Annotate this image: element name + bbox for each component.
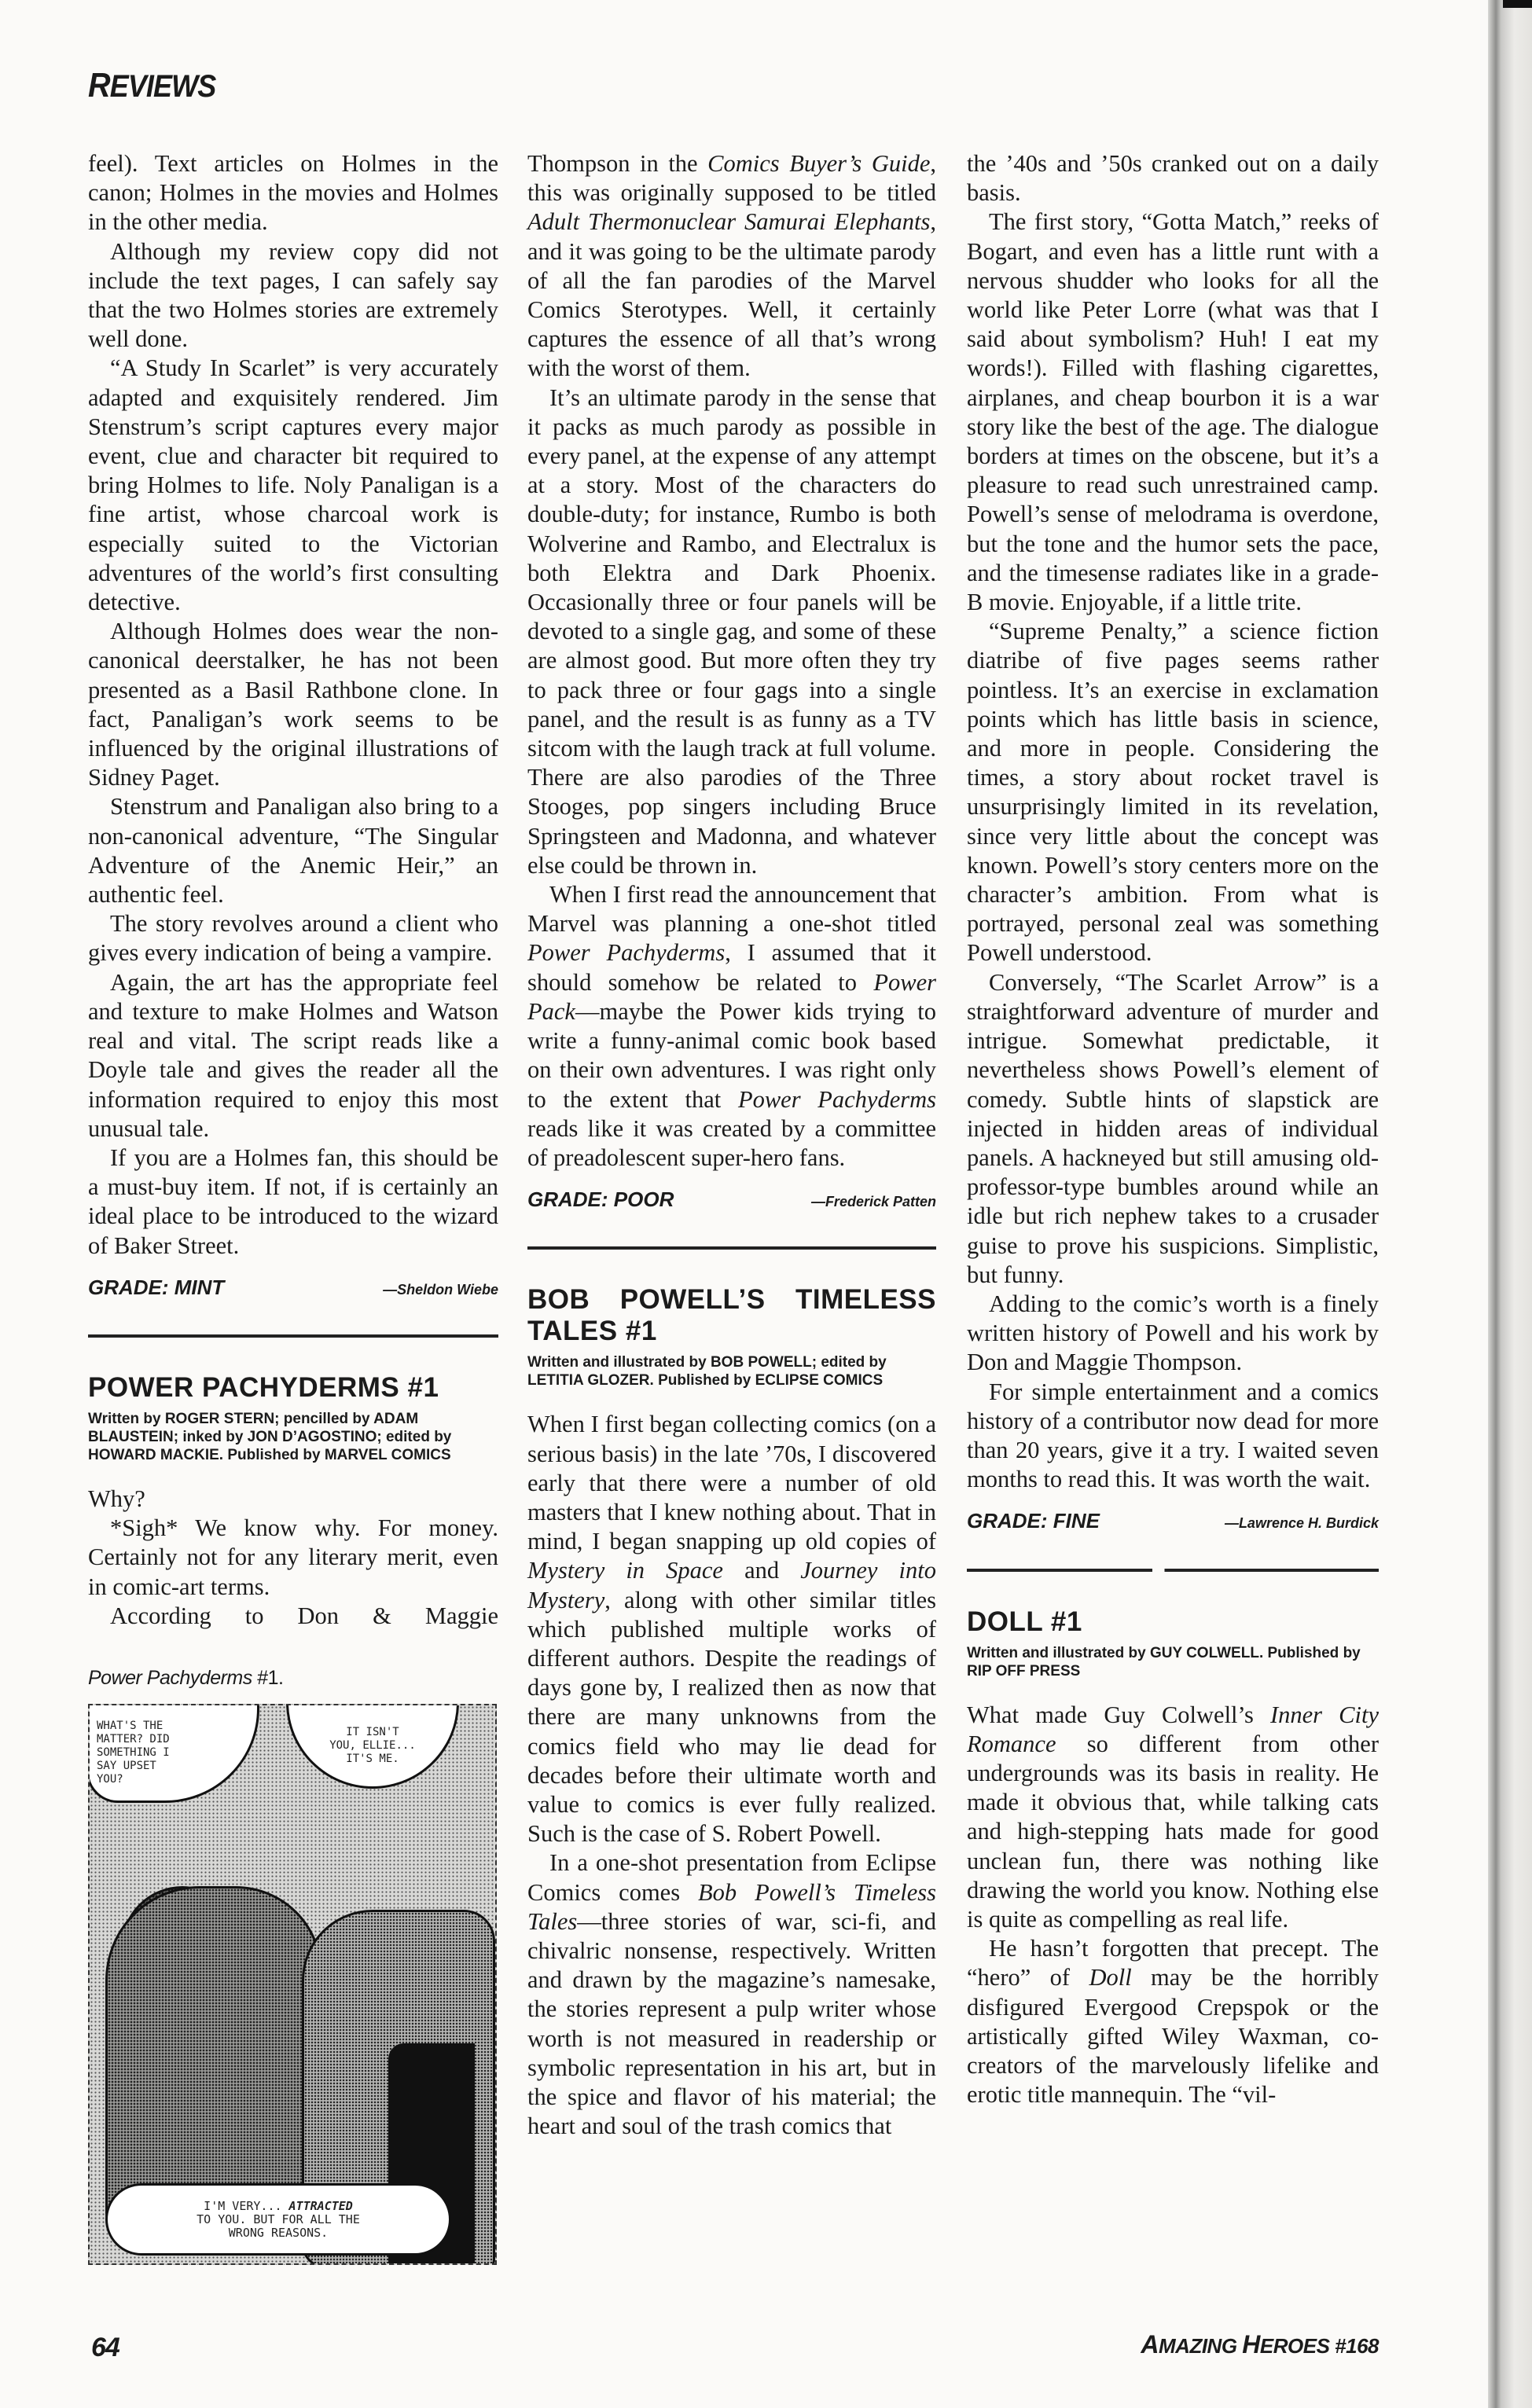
grade-row: GRADE: FINE —Lawrence H. Burdick bbox=[967, 1507, 1379, 1538]
review-doll: DOLL #1 Written and illustrated by GUY C… bbox=[967, 1606, 1379, 2110]
binding-edge bbox=[1503, 0, 1532, 8]
column-1: feel). Text articles on Holmes in the ca… bbox=[88, 149, 498, 2265]
body-paragraph: If you are a Holmes fan, this should be … bbox=[88, 1143, 498, 1261]
section-divider bbox=[88, 1334, 498, 1338]
page-binding-shadow bbox=[1488, 0, 1532, 2408]
review-credits: Written and illustrated by BOB POWELL; e… bbox=[527, 1353, 936, 1389]
body-paragraph: Although my review copy did not include … bbox=[88, 237, 498, 354]
speech-balloon: IT ISN'T YOU, ELLIE... IT'S ME. bbox=[286, 1704, 459, 1789]
review-sherlock-holmes: feel). Text articles on Holmes in the ca… bbox=[88, 149, 498, 1305]
review-bob-powell: BOB POWELL’S TIMELESS TALES #1 Written a… bbox=[527, 1284, 936, 2141]
body-paragraph: “A Study In Scarlet” is very accurately … bbox=[88, 354, 498, 617]
section-divider bbox=[967, 1569, 1379, 1572]
review-credits: Written by ROGER STERN; pencilled by ADA… bbox=[88, 1410, 498, 1464]
grade-label: GRADE: FINE bbox=[967, 1507, 1100, 1536]
body-paragraph: What made Guy Colwell’s Inner City Roman… bbox=[967, 1701, 1379, 1935]
body-paragraph: In a one-shot presentation from Eclipse … bbox=[527, 1848, 936, 2141]
review-power-pachyderms-continued: Thompson in the Comics Buyer’s Guide, th… bbox=[527, 149, 936, 1217]
body-paragraph: He hasn’t forgotten that precept. The “h… bbox=[967, 1934, 1379, 2109]
body-paragraph: Conversely, “The Scarlet Arrow” is a str… bbox=[967, 968, 1379, 1290]
reviewer-byline: —Frederick Patten bbox=[811, 1187, 936, 1217]
grade-row: GRADE: POOR —Frederick Patten bbox=[527, 1185, 936, 1217]
body-paragraph: Thompson in the Comics Buyer’s Guide, th… bbox=[527, 149, 936, 384]
section-header: REVIEWS bbox=[88, 66, 215, 105]
grade-label: GRADE: MINT bbox=[88, 1273, 224, 1302]
body-paragraph: For simple entertainment and a comics hi… bbox=[967, 1378, 1379, 1495]
body-paragraph: It’s an ultimate parody in the sense tha… bbox=[527, 384, 936, 880]
body-paragraph: Adding to the comic’s worth is a finely … bbox=[967, 1290, 1379, 1378]
section-divider bbox=[527, 1246, 936, 1250]
magazine-title-footer: AMAZING HEROES #168 bbox=[1141, 2330, 1379, 2359]
review-title: BOB POWELL’S TIMELESS TALES #1 bbox=[527, 1284, 936, 1347]
body-paragraph: Again, the art has the appropriate feel … bbox=[88, 968, 498, 1143]
body-paragraph: Stenstrum and Panaligan also bring to a … bbox=[88, 792, 498, 909]
body-paragraph: When I first began collecting comics (on… bbox=[527, 1410, 936, 1848]
speech-balloon: WHAT'S THE MATTER? DID SOMETHING I SAY U… bbox=[88, 1704, 259, 1803]
body-paragraph: When I first read the announcement that … bbox=[527, 880, 936, 1173]
reviewer-byline: —Lawrence H. Burdick bbox=[1225, 1509, 1379, 1538]
body-paragraph: Why? bbox=[88, 1485, 498, 1514]
body-paragraph: *Sigh* We know why. For money. Certainly… bbox=[88, 1514, 498, 1602]
figure-caption: Power Pachyderms #1. bbox=[88, 1664, 498, 1693]
reviewer-byline: —Sheldon Wiebe bbox=[383, 1276, 498, 1305]
grade-row: GRADE: MINT —Sheldon Wiebe bbox=[88, 1273, 498, 1305]
grade-label: GRADE: POOR bbox=[527, 1185, 674, 1214]
review-credits: Written and illustrated by GUY COLWELL. … bbox=[967, 1644, 1379, 1680]
review-title: POWER PACHYDERMS #1 bbox=[88, 1372, 498, 1404]
body-paragraph: The first story, “Gotta Match,” reeks of… bbox=[967, 207, 1379, 617]
body-paragraph: According to Don & Maggie bbox=[88, 1602, 498, 1631]
review-power-pachyderms: POWER PACHYDERMS #1 Written by ROGER STE… bbox=[88, 1372, 498, 2265]
comic-panel-image: WHAT'S THE MATTER? DID SOMETHING I SAY U… bbox=[88, 1704, 497, 2265]
body-paragraph: the ’40s and ’50s cranked out on a daily… bbox=[967, 149, 1379, 207]
body-paragraph: feel). Text articles on Holmes in the ca… bbox=[88, 149, 498, 237]
body-paragraph: The story revolves around a client who g… bbox=[88, 909, 498, 967]
body-paragraph: Although Holmes does wear the non-canoni… bbox=[88, 617, 498, 792]
column-2: Thompson in the Comics Buyer’s Guide, th… bbox=[527, 149, 936, 2141]
page-number: 64 bbox=[91, 2333, 119, 2363]
column-3: the ’40s and ’50s cranked out on a daily… bbox=[967, 149, 1379, 2109]
review-title: DOLL #1 bbox=[967, 1606, 1379, 1638]
review-bob-powell-continued: the ’40s and ’50s cranked out on a daily… bbox=[967, 149, 1379, 1539]
body-paragraph: “Supreme Penalty,” a science fiction dia… bbox=[967, 617, 1379, 967]
speech-balloon: I'M VERY... ATTRACTED TO YOU. BUT FOR AL… bbox=[105, 2183, 451, 2256]
